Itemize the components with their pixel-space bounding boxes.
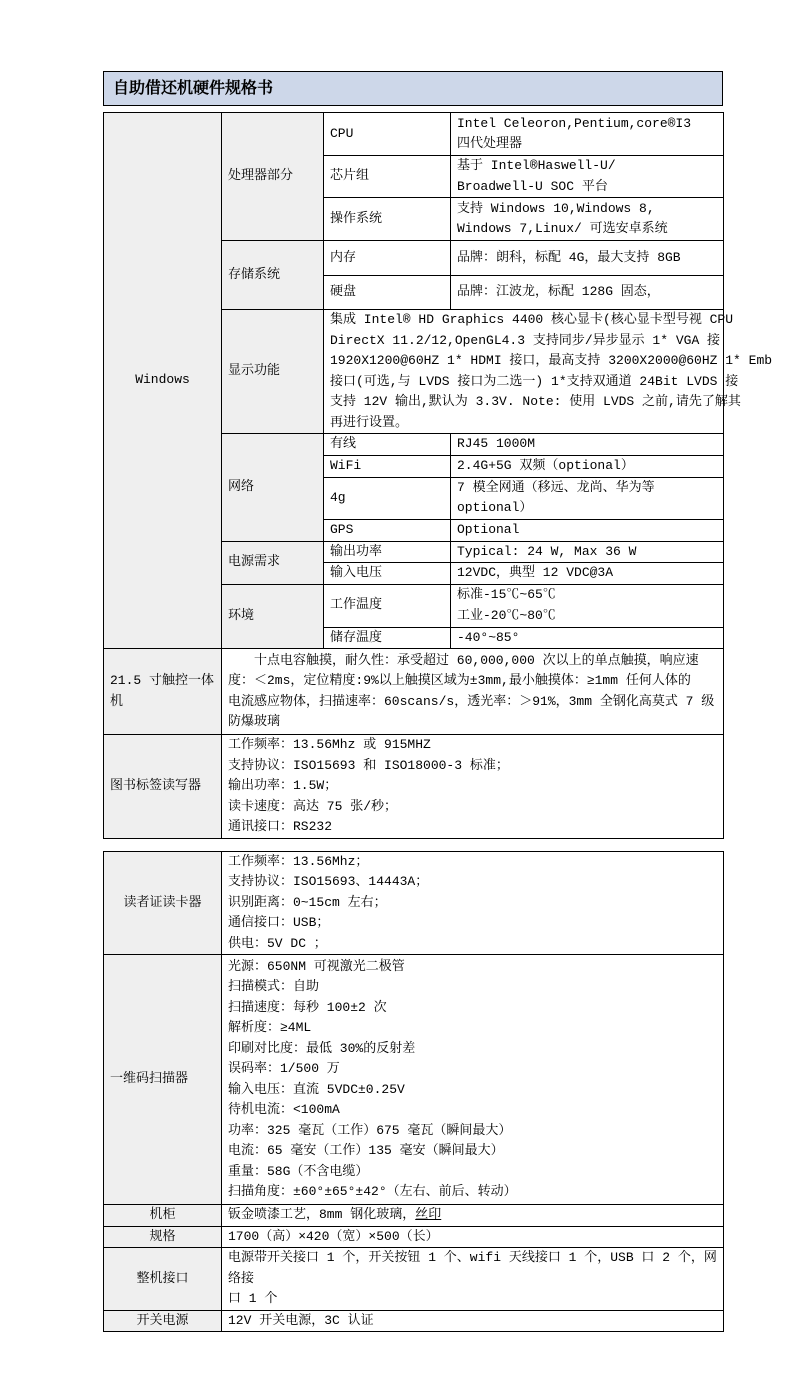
- cabinet-text: 钣金喷漆工艺，8mm 钢化玻璃，: [228, 1207, 415, 1222]
- section-label-ports: 整机接口: [104, 1248, 222, 1311]
- spec-document: 自助借还机硬件规格书 Windows 处理器部分 CPU Intel Celeo…: [103, 71, 723, 1332]
- spec-value-os: 支持 Windows 10,Windows 8, Windows 7,Linux…: [451, 198, 724, 241]
- spec-value-book-tag-reader: 工作频率：13.56Mhz 或 915MHZ 支持协议：ISO15693 和 I…: [222, 735, 724, 839]
- spec-value-switch-power: 12V 开关电源，3C 认证: [222, 1310, 724, 1332]
- spec-name-power-input: 输入电压: [324, 563, 451, 585]
- spec-value-cabinet: 钣金喷漆工艺，8mm 钢化玻璃，丝印: [222, 1205, 724, 1227]
- group-label-environment: 环境: [222, 584, 324, 649]
- spec-value-barcode-scanner: 光源：650NM 可视激光二极管 扫描模式：自助 扫描速度：每秒 100±2 次…: [222, 955, 724, 1205]
- table-row: 开关电源 12V 开关电源，3C 认证: [104, 1310, 724, 1332]
- spec-value-storage-temp: -40°~85°: [451, 627, 724, 649]
- spec-name-storage-temp: 储存温度: [324, 627, 451, 649]
- section-label-cabinet: 机柜: [104, 1205, 222, 1227]
- spacer: [103, 839, 723, 851]
- section-label-windows: Windows: [104, 113, 222, 649]
- cabinet-text-underlined: 丝印: [415, 1207, 441, 1222]
- table-row: 整机接口 电源带开关接口 1 个，开关按钮 1 个、wifi 天线接口 1 个，…: [104, 1248, 724, 1311]
- spec-value-cpu: Intel Celeoron,Pentium,core®I3 四代处理器: [451, 113, 724, 156]
- section-label-touch-screen: 21.5 寸触控一体机: [104, 649, 222, 735]
- spec-value-wired: RJ45 1000M: [451, 434, 724, 456]
- spec-value-card-reader: 工作频率：13.56Mhz； 支持协议：ISO15693、14443A； 识别距…: [222, 851, 724, 955]
- spec-name-os: 操作系统: [324, 198, 451, 241]
- table-row: 图书标签读写器 工作频率：13.56Mhz 或 915MHZ 支持协议：ISO1…: [104, 735, 724, 839]
- group-label-storage: 存储系统: [222, 241, 324, 310]
- section-label-dimensions: 规格: [104, 1226, 222, 1248]
- spec-name-wired: 有线: [324, 434, 451, 456]
- spec-value-working-temp: 标准-15℃~65℃ 工业-20℃~80℃: [451, 584, 724, 627]
- group-label-display: 显示功能: [222, 310, 324, 434]
- document-title: 自助借还机硬件规格书: [103, 71, 723, 106]
- spec-name-power-output: 输出功率: [324, 541, 451, 563]
- section-label-book-tag-reader: 图书标签读写器: [104, 735, 222, 839]
- table-row: Windows 处理器部分 CPU Intel Celeoron,Pentium…: [104, 113, 724, 156]
- main-spec-table: Windows 处理器部分 CPU Intel Celeoron,Pentium…: [103, 112, 724, 839]
- spec-value-display: 集成 Intel® HD Graphics 4400 核心显卡(核心显卡型号视 …: [324, 310, 724, 434]
- table-row: 读者证读卡器 工作频率：13.56Mhz； 支持协议：ISO15693、1444…: [104, 851, 724, 955]
- spec-name-memory: 内存: [324, 241, 451, 276]
- table-row: 机柜 钣金喷漆工艺，8mm 钢化玻璃，丝印: [104, 1205, 724, 1227]
- spec-name-disk: 硬盘: [324, 276, 451, 310]
- spec-value-chipset: 基于 Intel®Haswell-U/ Broadwell-U SOC 平台: [451, 156, 724, 198]
- table-row: 21.5 寸触控一体机 十点电容触摸，耐久性：承受超过 60,000,000 次…: [104, 649, 724, 735]
- group-label-power: 电源需求: [222, 541, 324, 584]
- spec-name-wifi: WiFi: [324, 455, 451, 477]
- spec-name-cpu: CPU: [324, 113, 451, 156]
- spec-name-4g: 4g: [324, 477, 451, 519]
- section-label-card-reader: 读者证读卡器: [104, 851, 222, 955]
- spec-value-wifi: 2.4G+5G 双频（optional）: [451, 455, 724, 477]
- secondary-spec-table: 读者证读卡器 工作频率：13.56Mhz； 支持协议：ISO15693、1444…: [103, 851, 724, 1333]
- table-row: 一维码扫描器 光源：650NM 可视激光二极管 扫描模式：自助 扫描速度：每秒 …: [104, 955, 724, 1205]
- spec-value-power-output: Typical: 24 W, Max 36 W: [451, 541, 724, 563]
- spec-value-gps: Optional: [451, 519, 724, 541]
- spec-value-touch-screen: 十点电容触摸，耐久性：承受超过 60,000,000 次以上的单点触摸，响应速 …: [222, 649, 724, 735]
- spec-name-gps: GPS: [324, 519, 451, 541]
- table-row: 规格 1700（高）×420（宽）×500（长）: [104, 1226, 724, 1248]
- spec-value-ports: 电源带开关接口 1 个，开关按钮 1 个、wifi 天线接口 1 个，USB 口…: [222, 1248, 724, 1311]
- section-label-barcode-scanner: 一维码扫描器: [104, 955, 222, 1205]
- spec-value-dimensions: 1700（高）×420（宽）×500（长）: [222, 1226, 724, 1248]
- spec-value-4g: 7 模全网通（移远、龙尚、华为等 optional）: [451, 477, 724, 519]
- spec-value-power-input: 12VDC，典型 12 VDC@3A: [451, 563, 724, 585]
- spec-name-chipset: 芯片组: [324, 156, 451, 198]
- group-label-processor: 处理器部分: [222, 113, 324, 241]
- spec-name-working-temp: 工作温度: [324, 584, 451, 627]
- group-label-network: 网络: [222, 434, 324, 542]
- spec-value-memory: 品牌：朗科，标配 4G，最大支持 8GB: [451, 241, 724, 276]
- section-label-switch-power: 开关电源: [104, 1310, 222, 1332]
- spec-value-disk: 品牌：江波龙，标配 128G 固态，: [451, 276, 724, 310]
